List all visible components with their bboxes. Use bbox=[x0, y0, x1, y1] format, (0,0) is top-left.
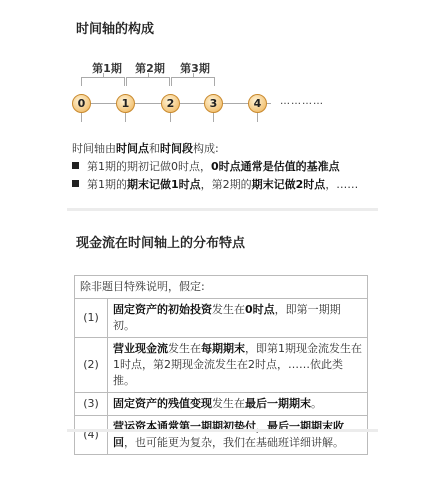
period-bracket-3 bbox=[171, 77, 215, 86]
section-title-timeline: 时间轴的构成 bbox=[76, 18, 154, 37]
table-header: 除非题目特殊说明，假定: bbox=[75, 276, 368, 299]
bold-text: 每期期末 bbox=[201, 342, 245, 355]
row-number: (2) bbox=[75, 338, 108, 393]
bold-text: 0时点 bbox=[245, 303, 275, 316]
section-divider bbox=[67, 429, 378, 432]
node-tick bbox=[81, 112, 82, 122]
bold-text: 时间点 bbox=[116, 142, 149, 155]
node-tick bbox=[170, 112, 171, 122]
text: 发生在 bbox=[168, 342, 201, 355]
row-number: (4) bbox=[75, 416, 108, 455]
cashflow-assumptions-table: 除非题目特殊说明，假定: (1) 固定资产的初始投资发生在0时点，即第一期期初。… bbox=[74, 275, 368, 455]
text: 构成: bbox=[193, 142, 219, 155]
row-content: 固定资产的残值变现发生在最后一期期末。 bbox=[108, 393, 368, 416]
square-bullet-icon bbox=[72, 162, 79, 169]
table-row: (4) 营运资本通常第一期期初垫付，最后一期期末收回，也可能更为复杂，我们在基础… bbox=[75, 416, 368, 455]
table-row: (3) 固定资产的残值变现发生在最后一期期末。 bbox=[75, 393, 368, 416]
text: ，也可能更为复杂，我们在基础班详细讲解。 bbox=[124, 436, 344, 449]
text: 。 bbox=[311, 397, 322, 410]
bullet-item-1: 第1期的期初记做0时点，0时点通常是估值的基准点 bbox=[72, 158, 358, 176]
row-number: (3) bbox=[75, 393, 108, 416]
bold-text: 固定资产的初始投资 bbox=[113, 303, 212, 316]
text: 和 bbox=[149, 142, 160, 155]
bold-text: 0时点通常是估值的基准点 bbox=[211, 160, 340, 173]
text: 第1期的 bbox=[87, 178, 127, 191]
time-node-1: 1 bbox=[116, 94, 135, 113]
period-label-3: 第3期 bbox=[173, 60, 217, 76]
text: 发生在 bbox=[212, 397, 245, 410]
node-tick bbox=[125, 112, 126, 122]
bold-text: 期末记做1时点 bbox=[127, 178, 201, 191]
time-node-0: 0 bbox=[72, 94, 91, 113]
table-row: (1) 固定资产的初始投资发生在0时点，即第一期期初。 bbox=[75, 299, 368, 338]
text: 时间轴由 bbox=[72, 142, 116, 155]
bullet-item-2: 第1期的期末记做1时点，第2期的期末记做2时点，…… bbox=[72, 176, 358, 194]
time-node-3: 3 bbox=[204, 94, 223, 113]
row-content: 营业现金流发生在每期期末，即第1期现金流发生在1时点，第2期现金流发生在2时点，… bbox=[108, 338, 368, 393]
node-tick bbox=[257, 112, 258, 122]
row-content: 营运资本通常第一期期初垫付，最后一期期末收回，也可能更为复杂，我们在基础班详细讲… bbox=[108, 416, 368, 455]
table-row: (2) 营业现金流发生在每期期末，即第1期现金流发生在1时点，第2期现金流发生在… bbox=[75, 338, 368, 393]
section-divider bbox=[67, 208, 378, 211]
node-tick bbox=[213, 112, 214, 122]
period-bracket-2 bbox=[126, 77, 170, 86]
timeline-diagram: 第1期 第2期 第3期 0 1 2 3 4 ………… bbox=[72, 60, 372, 122]
bold-text: 时间段 bbox=[160, 142, 193, 155]
timeline-description: 时间轴由时间点和时间段构成: 第1期的期初记做0时点，0时点通常是估值的基准点 … bbox=[72, 140, 358, 194]
bold-text: 固定资产的残值变现 bbox=[113, 397, 212, 410]
text: 第1期的期初记做0时点， bbox=[87, 160, 211, 173]
text: ，…… bbox=[325, 178, 358, 191]
section-title-cashflow: 现金流在时间轴上的分布特点 bbox=[76, 232, 245, 251]
bold-text: 最后一期期末 bbox=[245, 397, 311, 410]
bold-text: 期末记做2时点 bbox=[252, 178, 326, 191]
text: ，第2期的 bbox=[201, 178, 252, 191]
time-node-4: 4 bbox=[248, 94, 267, 113]
intro-line: 时间轴由时间点和时间段构成: bbox=[72, 140, 358, 158]
bold-text: 营业现金流 bbox=[113, 342, 168, 355]
ellipsis: ………… bbox=[280, 96, 324, 107]
row-number: (1) bbox=[75, 299, 108, 338]
period-label-1: 第1期 bbox=[85, 60, 129, 76]
square-bullet-icon bbox=[72, 180, 79, 187]
text: 发生在 bbox=[212, 303, 245, 316]
time-node-2: 2 bbox=[161, 94, 180, 113]
period-bracket-1 bbox=[81, 77, 125, 86]
period-label-2: 第2期 bbox=[128, 60, 172, 76]
row-content: 固定资产的初始投资发生在0时点，即第一期期初。 bbox=[108, 299, 368, 338]
